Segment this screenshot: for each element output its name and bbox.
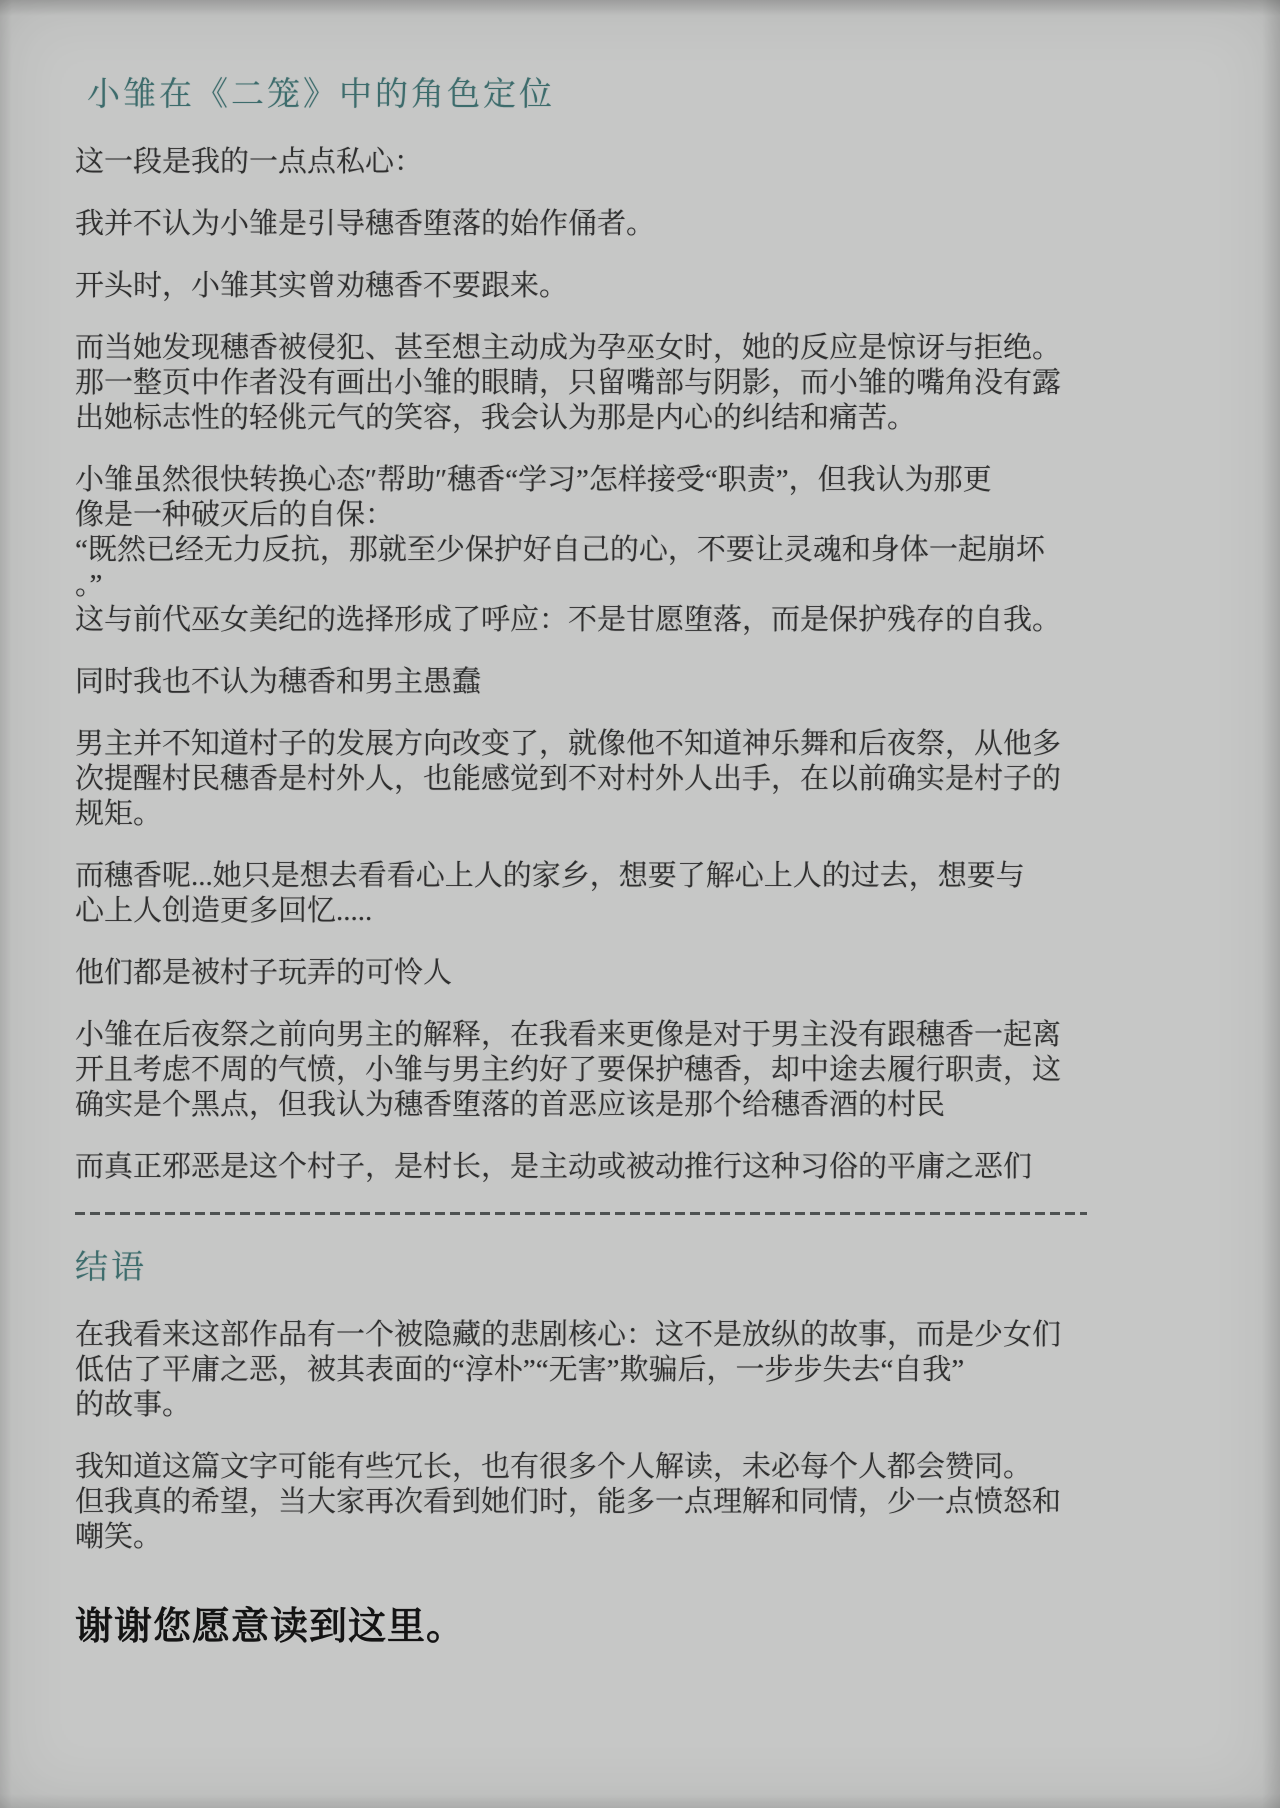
paragraph-line: 男主并不知道村子的发展方向改变了，就像他不知道神乐舞和后夜祭，从他多 bbox=[75, 727, 1215, 762]
article-content: 小雏在《二笼》中的角色定位 这一段是我的一点点私心： 我并不认为小雏是引导穗香堕… bbox=[75, 68, 1215, 1650]
paragraph: 而穗香呢...她只是想去看看心上人的家乡，想要了解心上人的过去，想要与 心上人创… bbox=[75, 859, 1215, 929]
paragraph-line: 的故事。 bbox=[75, 1388, 1215, 1423]
paragraph: 小雏在后夜祭之前向男主的解释，在我看来更像是对于男主没有跟穗香一起离 开且考虑不… bbox=[75, 1018, 1215, 1123]
paragraph: 我知道这篇文字可能有些冗长，也有很多个人解读，未必每个人都会赞同。 但我真的希望… bbox=[75, 1450, 1215, 1555]
paragraph-line: 确实是个黑点，但我认为穗香堕落的首恶应该是那个给穗香酒的村民 bbox=[75, 1088, 1215, 1123]
paragraph-line: 。” bbox=[75, 568, 1215, 603]
paragraph-line: 我知道这篇文字可能有些冗长，也有很多个人解读，未必每个人都会赞同。 bbox=[75, 1450, 1215, 1485]
paragraph-line: 但我真的希望，当大家再次看到她们时，能多一点理解和同情，少一点愤怒和 bbox=[75, 1485, 1215, 1520]
paragraph-line: “既然已经无力反抗，那就至少保护好自己的心，不要让灵魂和身体一起崩坏 bbox=[75, 533, 1215, 568]
paragraph-line: 像是一种破灭后的自保： bbox=[75, 498, 1215, 533]
paragraph: 男主并不知道村子的发展方向改变了，就像他不知道神乐舞和后夜祭，从他多 次提醒村民… bbox=[75, 727, 1215, 832]
paragraph-line: 这与前代巫女美纪的选择形成了呼应：不是甘愿堕落，而是保护残存的自我。 bbox=[75, 603, 1215, 638]
paragraph: 这一段是我的一点点私心： bbox=[75, 145, 1215, 180]
paragraph-line: 我并不认为小雏是引导穗香堕落的始作俑者。 bbox=[75, 207, 1215, 242]
paragraph-line: 开头时，小雏其实曾劝穗香不要跟来。 bbox=[75, 269, 1215, 304]
paragraph-line: 出她标志性的轻佻元气的笑容，我会认为那是内心的纠结和痛苦。 bbox=[75, 401, 1215, 436]
paragraph-line: 那一整页中作者没有画出小雏的眼睛，只留嘴部与阴影，而小雏的嘴角没有露 bbox=[75, 366, 1215, 401]
section1-heading: 小雏在《二笼》中的角色定位 bbox=[87, 68, 1215, 115]
paragraph: 开头时，小雏其实曾劝穗香不要跟来。 bbox=[75, 269, 1215, 304]
document-page: 小雏在《二笼》中的角色定位 这一段是我的一点点私心： 我并不认为小雏是引导穗香堕… bbox=[0, 0, 1280, 1808]
paragraph-line: 而穗香呢...她只是想去看看心上人的家乡，想要了解心上人的过去，想要与 bbox=[75, 859, 1215, 894]
paragraph: 小雏虽然很快转换心态″帮助″穗香“学习”怎样接受“职责”，但我认为那更 像是一种… bbox=[75, 463, 1215, 638]
paragraph-line: 规矩。 bbox=[75, 797, 1215, 832]
closing-thanks-line: 谢谢您愿意读到这里。 bbox=[75, 1595, 1215, 1650]
paragraph-line: 嘲笑。 bbox=[75, 1520, 1215, 1555]
paragraph-line: 在我看来这部作品有一个被隐藏的悲剧核心：这不是放纵的故事，而是少女们 bbox=[75, 1318, 1215, 1353]
paragraph-line: 次提醒村民穗香是村外人，也能感觉到不对村外人出手，在以前确实是村子的 bbox=[75, 762, 1215, 797]
paragraph-line: 这一段是我的一点点私心： bbox=[75, 145, 1215, 180]
paragraph: 在我看来这部作品有一个被隐藏的悲剧核心：这不是放纵的故事，而是少女们 低估了平庸… bbox=[75, 1318, 1215, 1423]
paragraph-line: 小雏在后夜祭之前向男主的解释，在我看来更像是对于男主没有跟穗香一起离 bbox=[75, 1018, 1215, 1053]
paragraph-line: 他们都是被村子玩弄的可怜人 bbox=[75, 956, 1215, 991]
paragraph: 而真正邪恶是这个村子，是村长，是主动或被动推行这种习俗的平庸之恶们 bbox=[75, 1150, 1215, 1185]
paragraph-line: 而真正邪恶是这个村子，是村长，是主动或被动推行这种习俗的平庸之恶们 bbox=[75, 1150, 1215, 1185]
paragraph-line: 同时我也不认为穗香和男主愚蠢 bbox=[75, 665, 1215, 700]
paragraph: 而当她发现穗香被侵犯、甚至想主动成为孕巫女时，她的反应是惊讶与拒绝。 那一整页中… bbox=[75, 331, 1215, 436]
section-divider bbox=[75, 1212, 1087, 1215]
paragraph-line: 小雏虽然很快转换心态″帮助″穗香“学习”怎样接受“职责”，但我认为那更 bbox=[75, 463, 1215, 498]
paragraph-line: 心上人创造更多回忆..... bbox=[75, 894, 1215, 929]
section2-heading: 结语 bbox=[75, 1241, 1215, 1288]
paragraph-line: 而当她发现穗香被侵犯、甚至想主动成为孕巫女时，她的反应是惊讶与拒绝。 bbox=[75, 331, 1215, 366]
paragraph: 他们都是被村子玩弄的可怜人 bbox=[75, 956, 1215, 991]
paragraph-line: 低估了平庸之恶，被其表面的“淳朴”“无害”欺骗后，一步步失去“自我” bbox=[75, 1353, 1215, 1388]
paragraph: 我并不认为小雏是引导穗香堕落的始作俑者。 bbox=[75, 207, 1215, 242]
paragraph: 同时我也不认为穗香和男主愚蠢 bbox=[75, 665, 1215, 700]
paragraph-line: 开且考虑不周的气愤，小雏与男主约好了要保护穗香，却中途去履行职责，这 bbox=[75, 1053, 1215, 1088]
